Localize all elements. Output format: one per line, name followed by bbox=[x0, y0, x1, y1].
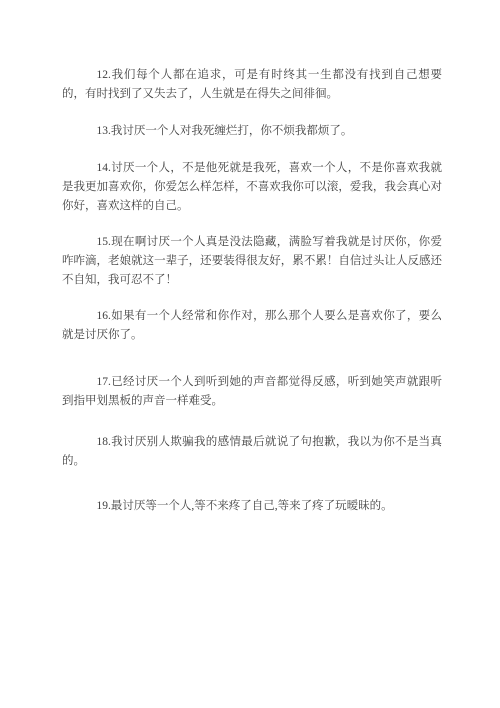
paragraph-14: 14.讨厌一个人，不是他死就是我死，喜欢一个人，不是你喜欢我就是我更加喜欢你，你… bbox=[62, 159, 442, 216]
document-page: 12.我们每个人都在追求，可是有时终其一生都没有找到自己想要的，有时找到了又失去… bbox=[0, 0, 500, 708]
paragraph-17: 17.已经讨厌一个人到听到她的声音都觉得反感，听到她笑声就跟听到指甲划黑板的声音… bbox=[62, 373, 442, 411]
paragraph-13: 13.我讨厌一个人对我死缠烂打，你不烦我都烦了。 bbox=[62, 122, 442, 141]
paragraph-19: 19.最讨厌等一个人,等不来疼了自己,等来了疼了玩暧昧的。 bbox=[62, 497, 442, 516]
paragraph-18: 18.我讨厌别人欺骗我的感情最后就说了句抱歉，我以为你不是当真的。 bbox=[62, 433, 442, 471]
paragraph-16: 16.如果有一个人经常和你作对，那么那个人要么是喜欢你了，要么就是讨厌你了。 bbox=[62, 307, 442, 345]
paragraph-12: 12.我们每个人都在追求，可是有时终其一生都没有找到自己想要的，有时找到了又失去… bbox=[62, 66, 442, 104]
paragraph-15: 15.现在啊讨厌一个人真是没法隐藏，满脸写着我就是讨厌你，你爱咋咋滴，老娘就这一… bbox=[62, 233, 442, 290]
article-body: 12.我们每个人都在追求，可是有时终其一生都没有找到自己想要的，有时找到了又失去… bbox=[62, 66, 442, 516]
